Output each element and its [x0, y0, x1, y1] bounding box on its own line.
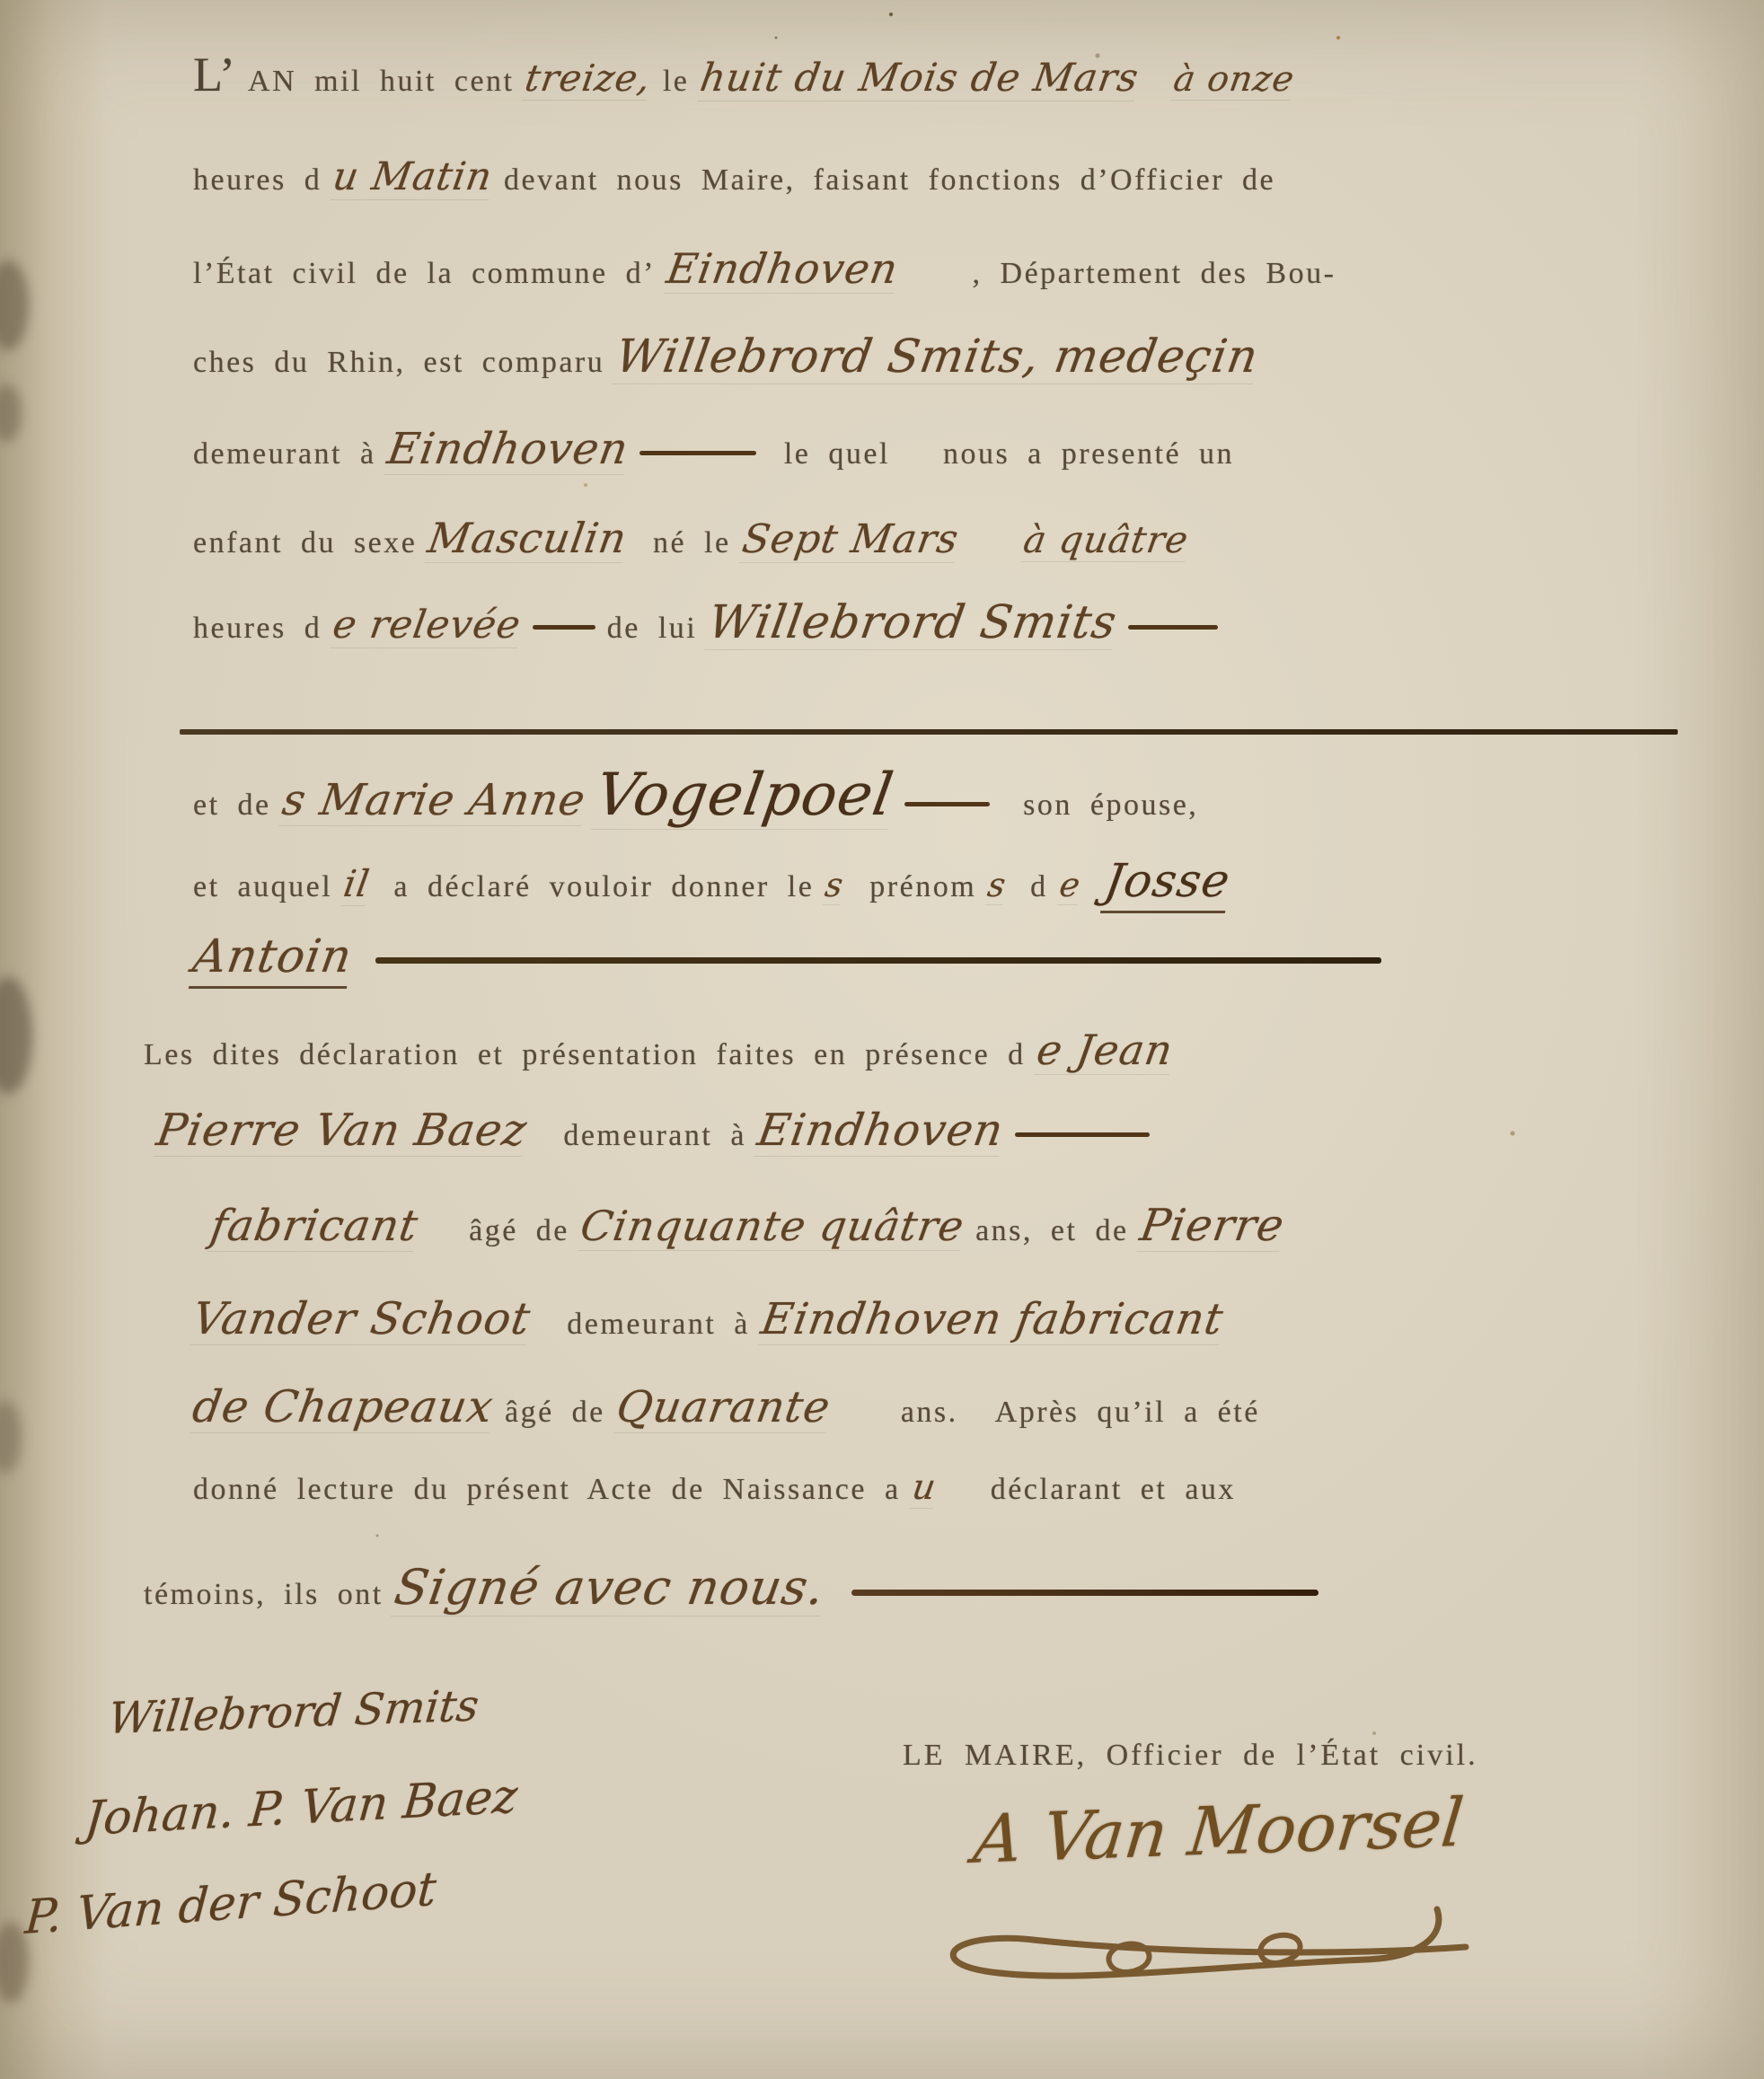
act-line-12: Pierre Van Baezdemeurant àEindhoven: [157, 1105, 1161, 1157]
printed-form-text: AN mil huit cent: [248, 65, 514, 98]
witness-signature-2: Johan. P. Van Baez: [83, 1769, 520, 1846]
ink-rule: [533, 625, 595, 630]
printed-form-text: ches du Rhin, est comparu: [193, 346, 604, 379]
edge-smudge: [0, 1401, 22, 1473]
printed-form-text: Après qu’il a été: [995, 1396, 1260, 1429]
printed-form-text: a déclaré vouloir donner le: [393, 870, 814, 903]
edge-smudge: [0, 384, 22, 442]
printed-form-text: heures d: [193, 612, 322, 645]
handwritten-entry: Cinquante quâtre: [578, 1202, 968, 1251]
printed-form-text: témoins, ils ont: [144, 1578, 384, 1611]
handwritten-entry: e Jean: [1033, 1026, 1176, 1075]
handwritten-entry: e relevée: [330, 603, 525, 648]
printed-form-text: déclarant et aux: [991, 1473, 1236, 1506]
handwritten-entry: e: [1056, 866, 1083, 905]
ink-rule: [1128, 625, 1218, 630]
ink-rule: [904, 802, 990, 806]
act-line-8: et des Marie AnneVogelpoelson épouse,: [193, 762, 1210, 830]
edge-smudge: [0, 260, 29, 350]
handwritten-entry: Eindhoven fabricant: [757, 1294, 1227, 1345]
handwritten-entry: à onze: [1170, 59, 1297, 101]
handwritten-entry: Eindhoven: [754, 1105, 1007, 1157]
handwritten-entry: Eindhoven: [664, 244, 902, 294]
act-line-5: demeurant àEindhovenle quelnous a presen…: [193, 424, 1246, 475]
handwritten-entry: Antoin: [189, 930, 356, 989]
act-line-16: donné lecture du présent Acte de Naissan…: [193, 1467, 1248, 1509]
printed-form-text: et auquel: [193, 870, 332, 903]
maire-signature: A Van Moorsel: [970, 1784, 1467, 1879]
printed-form-text: et de: [193, 788, 271, 822]
handwritten-entry: s Marie Anne: [278, 775, 589, 826]
handwritten-entry: Sept Mars: [738, 516, 961, 563]
printed-form-text: né le: [653, 526, 731, 559]
handwritten-entry: u: [909, 1467, 939, 1509]
act-line-13: fabricantâgé deCinquante quâtreans, et d…: [211, 1200, 1295, 1252]
act-line-15: de Chapeauxâgé deQuaranteans.Après qu’il…: [193, 1381, 1272, 1433]
printed-form-text: ans.: [901, 1396, 958, 1429]
act-line-10: Antoin: [193, 930, 1393, 989]
printed-form-text: son épouse,: [1023, 788, 1198, 822]
printed-form-text: nous a presenté un: [943, 437, 1234, 471]
printed-form-text: demeurant à: [567, 1308, 750, 1341]
act-line-11: Les dites déclaration et présentation fa…: [144, 1026, 1184, 1075]
act-line-6: enfant du sexeMasculinné leSept Marsà qu…: [193, 514, 1199, 563]
handwritten-entry: Pierre: [1136, 1200, 1288, 1252]
act-line-7: heures de relevéede luiWillebrord Smits: [193, 596, 1230, 650]
act-line-3: l’État civil de la commune d’Eindhoven, …: [193, 244, 1347, 294]
handwritten-entry: huit du Mois de Mars: [697, 56, 1142, 101]
printed-form-text: demeurant à: [193, 437, 376, 471]
handwritten-entry: Willebrord Smits: [704, 596, 1120, 650]
handwritten-entry: Masculin: [425, 514, 631, 563]
signature-flourish: [934, 1893, 1491, 2010]
printed-form-text: demeurant à: [563, 1119, 746, 1152]
witness-signature-3: P. Van der Schoot: [23, 1863, 438, 1945]
ink-rule: [1015, 1132, 1150, 1137]
handwritten-entry: s: [985, 866, 1010, 905]
edge-smudge: [0, 977, 32, 1094]
printed-form-text: donné lecture du présent Acte de Naissan…: [193, 1473, 901, 1506]
maire-title: LE MAIRE, Officier de l’État civil.: [903, 1739, 1478, 1773]
act-line-17: témoins, ils ontSigné avec nous.: [144, 1559, 1330, 1617]
printed-form-text: , Département des Bou-: [973, 257, 1336, 290]
handwritten-entry: Vander Schoot: [189, 1293, 534, 1345]
handwritten-entry: Signé avec nous.: [391, 1559, 829, 1617]
printed-form-text: âgé de: [469, 1214, 569, 1247]
printed-form-text: ans, et de: [975, 1214, 1128, 1247]
handwritten-entry: à quâtre: [1020, 518, 1192, 562]
act-line-1: L’AN mil huit centtreize,lehuit du Mois …: [193, 56, 1306, 101]
printed-form-text: de lui: [607, 612, 697, 645]
handwritten-entry: fabricant: [207, 1201, 421, 1252]
printed-form-text: âgé de: [505, 1396, 605, 1429]
document-page: L’AN mil huit centtreize,lehuit du Mois …: [0, 0, 1764, 2079]
printed-form-text: devant nous Maire, faisant fonctions d’O…: [504, 163, 1275, 197]
printed-form-text: le: [663, 65, 690, 98]
printed-form-text: enfant du sexe: [193, 526, 417, 559]
handwritten-entry: Eindhoven: [384, 424, 631, 475]
handwritten-entry: Willebrord Smits, medeçin: [613, 330, 1263, 384]
handwritten-entry: il: [340, 862, 373, 906]
separator-rule-1: [180, 729, 1678, 735]
printed-form-text: heures d: [193, 163, 322, 197]
act-line-9: et auquelila déclaré vouloir donner lesp…: [193, 855, 1240, 913]
handwritten-entry: Pierre Van Baez: [153, 1105, 531, 1157]
act-line-4: ches du Rhin, est comparuWillebrord Smit…: [193, 330, 1270, 384]
printed-form-text: L’: [193, 48, 236, 101]
printed-form-text: prénom: [869, 870, 976, 903]
act-line-2: heures du Matindevant nous Maire, faisan…: [193, 154, 1287, 200]
witness-signature-1: Willebrord Smits: [106, 1680, 481, 1744]
handwritten-entry: Quarante: [613, 1382, 833, 1433]
handwritten-entry: Josse: [1099, 855, 1233, 913]
handwritten-entry: treize,: [523, 57, 655, 101]
handwritten-entry: s: [823, 866, 847, 905]
ink-rule: [639, 451, 756, 455]
printed-form-text: l’État civil de la commune d’: [193, 257, 656, 290]
printed-form-text: d: [1030, 870, 1048, 903]
ink-rule: [851, 1590, 1319, 1596]
handwritten-entry: u Matin: [330, 154, 496, 200]
handwritten-entry: de Chapeaux: [189, 1381, 497, 1433]
printed-form-text: le quel: [784, 437, 890, 471]
handwritten-entry: Vogelpoel: [591, 762, 898, 830]
ink-rule: [375, 957, 1381, 964]
printed-form-text: Les dites déclaration et présentation fa…: [144, 1038, 1026, 1071]
act-line-14: Vander Schootdemeurant àEindhoven fabric…: [193, 1293, 1235, 1345]
